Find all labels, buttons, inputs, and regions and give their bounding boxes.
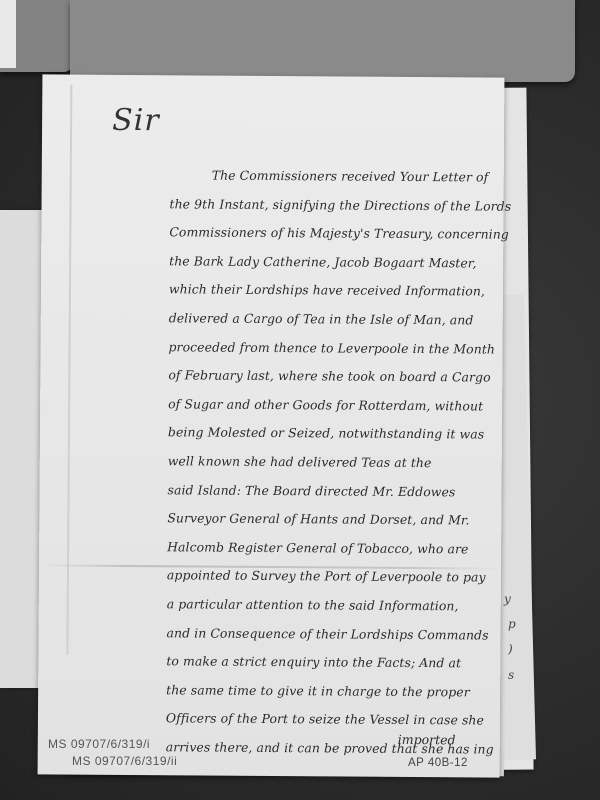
- letter-line: a particular attention to the said Infor…: [167, 590, 497, 621]
- margin-fragment: y: [504, 592, 511, 606]
- letter-line: Surveyor General of Hants and Dorset, an…: [167, 504, 497, 535]
- letter-sheet: Sir The Commissioners received Your Lett…: [38, 74, 505, 777]
- letter-line: well known she had delivered Teas at the: [168, 447, 498, 478]
- letter-line: to make a strict enquiry into the Facts;…: [166, 647, 496, 678]
- margin-fragment: p: [508, 617, 516, 631]
- archive-ref-sheet-2: MS 09707/6/319/ii: [72, 754, 177, 768]
- letter-line: said Island: The Board directed Mr. Eddo…: [167, 476, 497, 507]
- archive-ref-box: AP 40B-12: [408, 757, 468, 769]
- letter-line: and in Consequence of their Lordships Co…: [166, 619, 496, 650]
- letter-body: The Commissioners received Your Letter o…: [166, 161, 500, 764]
- letter-line: appointed to Survey the Port of Leverpoo…: [167, 562, 497, 593]
- salutation: Sir: [112, 103, 160, 138]
- letter-line: the 9th Instant, signifying the Directio…: [169, 190, 499, 221]
- margin-fragment: ): [508, 642, 513, 656]
- fold-crease-vertical: [66, 85, 72, 655]
- letter-line: Halcomb Register General of Tobacco, who…: [167, 533, 497, 564]
- letter-line: delivered a Cargo of Tea in the Isle of …: [169, 304, 499, 335]
- letter-line: the Bark Lady Catherine, Jacob Bogaart M…: [169, 247, 499, 278]
- letter-line: being Molested or Seized, notwithstandin…: [168, 419, 498, 450]
- letter-line: The Commissioners received Your Letter o…: [170, 161, 500, 192]
- letter-line: which their Lordships have received Info…: [169, 276, 499, 307]
- letter-line: the same time to give it in charge to th…: [166, 676, 496, 707]
- archive-ref-sheet-1: MS 09707/6/319/i: [48, 737, 150, 751]
- letter-line: Commissioners of his Majesty's Treasury,…: [169, 218, 499, 249]
- letter-line: of Sugar and other Goods for Rotterdam, …: [168, 390, 498, 421]
- letter-line: of February last, where she took on boar…: [168, 361, 498, 392]
- corner-paper-edge: [0, 0, 16, 68]
- catchword: imported: [398, 732, 456, 747]
- folder-top-flap: [70, 0, 575, 82]
- letter-line: Officers of the Port to seize the Vessel…: [166, 705, 496, 736]
- margin-fragment: s: [508, 668, 514, 682]
- letter-line: proceeded from thence to Leverpoole in t…: [168, 333, 498, 364]
